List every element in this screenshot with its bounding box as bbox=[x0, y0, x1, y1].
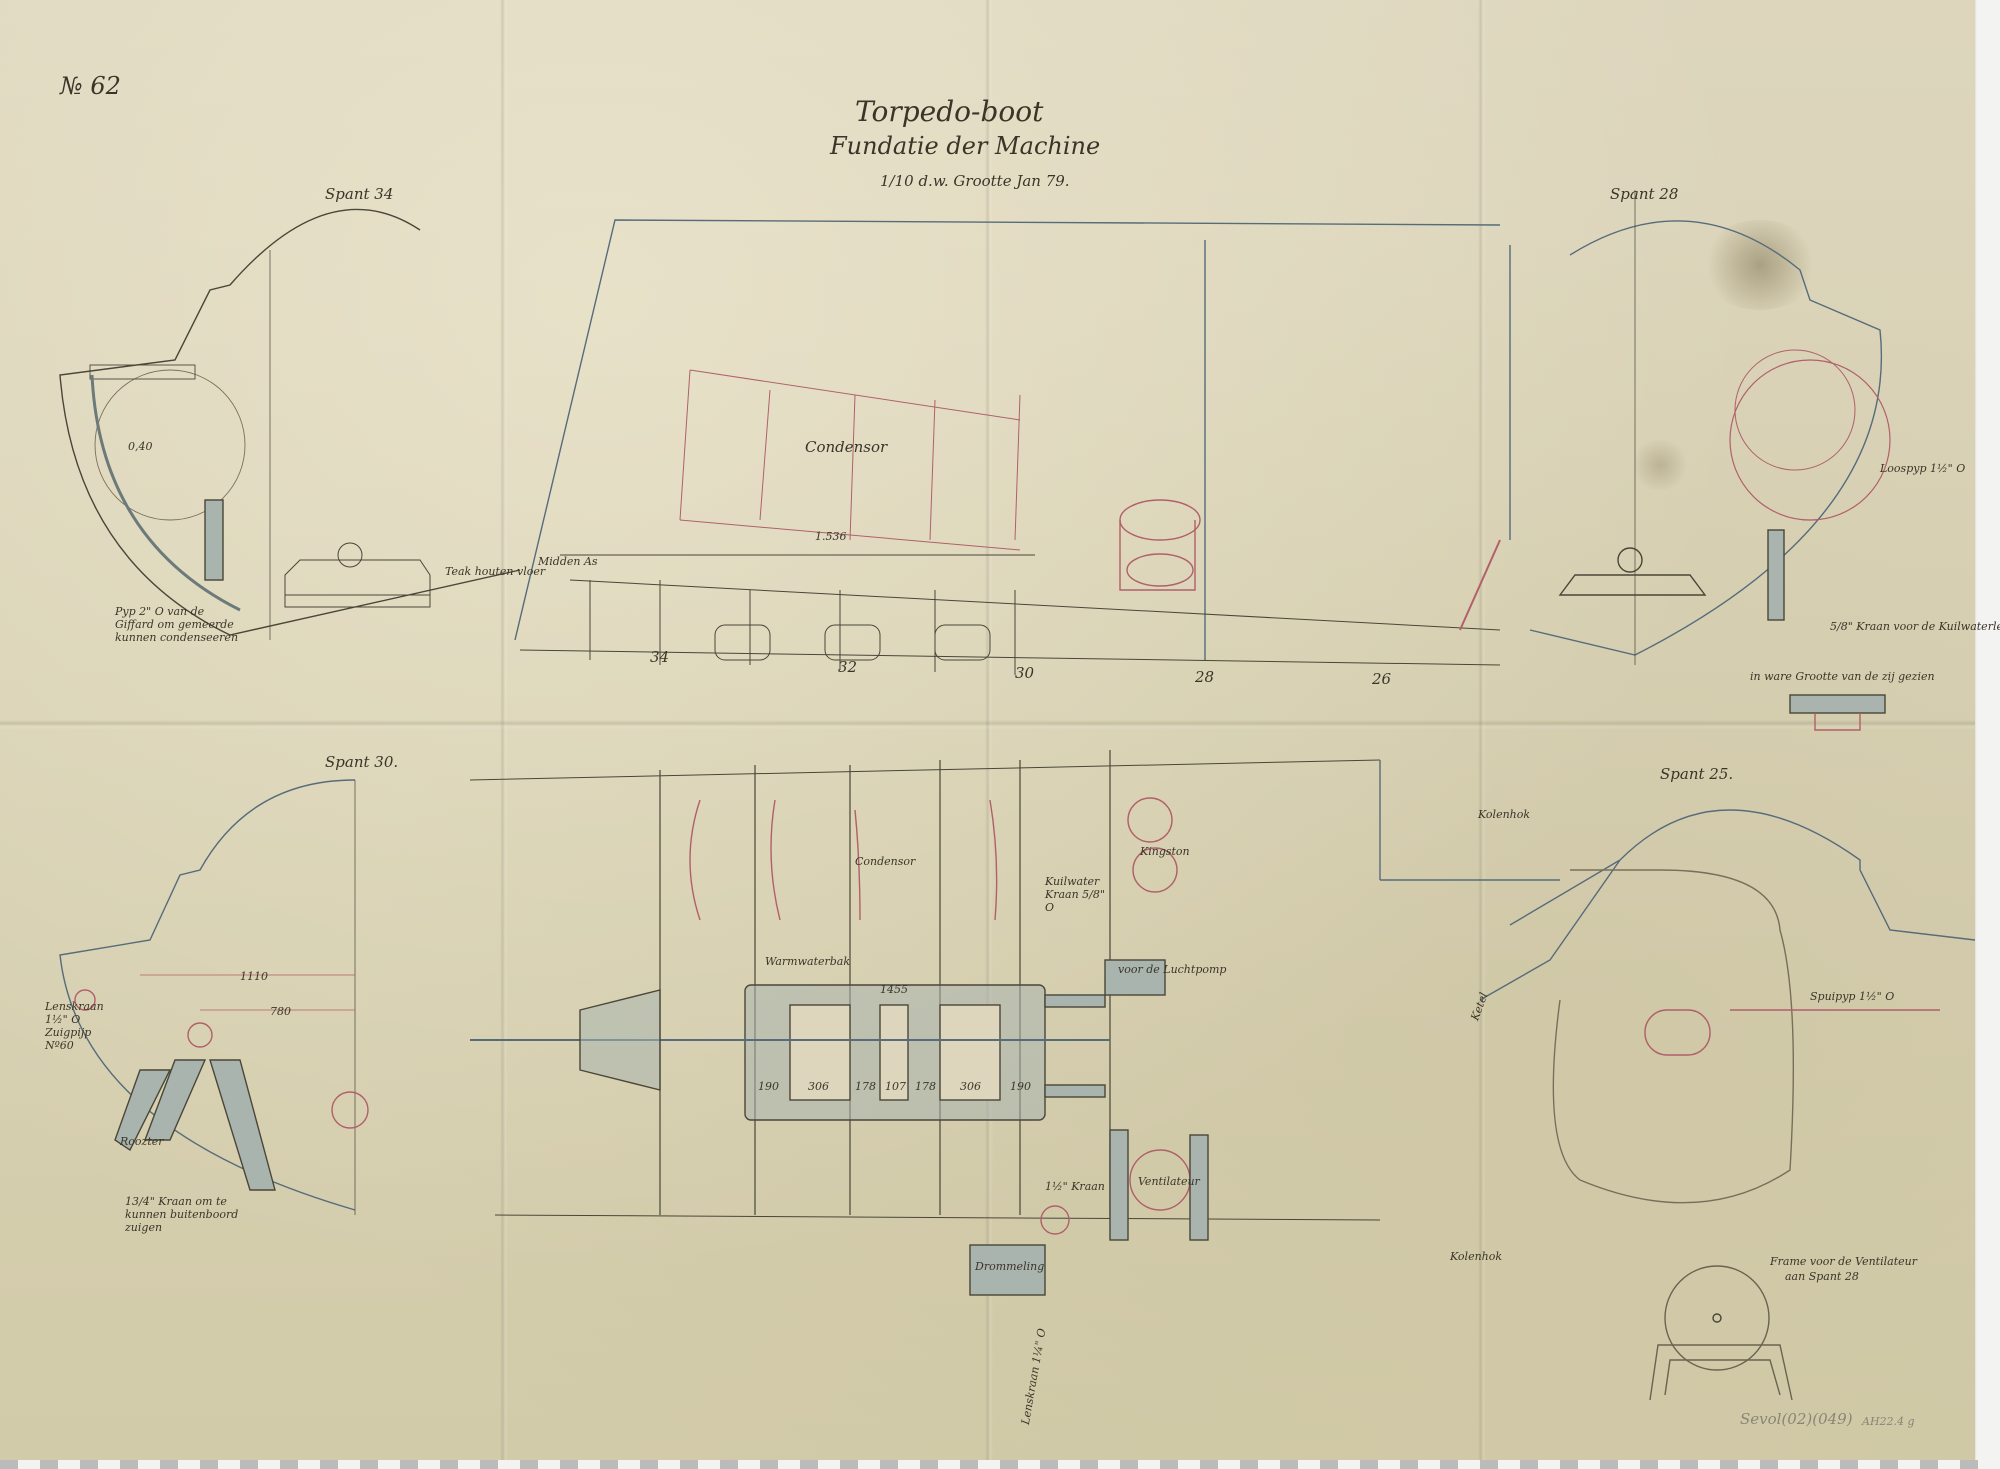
dim-780: 780 bbox=[270, 1005, 291, 1018]
note-pyp-giffard: Pyp 2" O van de Giffard om gemeerde kunn… bbox=[115, 605, 245, 644]
dim-1536: 1.536 bbox=[815, 530, 847, 543]
dim-107: 107 bbox=[885, 1080, 906, 1093]
dim-190: 190 bbox=[1010, 1080, 1031, 1093]
label-condensor: Condensor bbox=[805, 438, 887, 456]
label-kolenhok: Kolenhok bbox=[1478, 808, 1530, 821]
label-spant-25: Spant 25. bbox=[1660, 765, 1733, 783]
note-frame-ventilateur: Frame voor de Ventilateur bbox=[1770, 1255, 1917, 1268]
label-kuilwater-kraan: Kuilwater Kraan 5/8" O bbox=[1045, 875, 1115, 914]
archive-mark-1: Sevol(02)(049) bbox=[1740, 1410, 1853, 1428]
drawing-subtitle: Fundatie der Machine bbox=[830, 132, 1100, 160]
note-roozter: Roozter bbox=[120, 1135, 164, 1148]
label-warmwaterbak: Warmwaterbak bbox=[765, 955, 850, 968]
scale-note: 1/10 d.w. Grootte Jan 79. bbox=[880, 172, 1070, 190]
note-kraan-kuilwater: 5/8" Kraan voor de Kuilwaterleiding h bbox=[1830, 620, 2000, 633]
note-spuipyp: Spuipyp 1½" O bbox=[1810, 990, 1894, 1003]
dim-178: 178 bbox=[855, 1080, 876, 1093]
drawing-sheet: № 62 Torpedo-boot Fundatie der Machine 1… bbox=[0, 0, 1975, 1460]
drawing-title: Torpedo-boot bbox=[855, 95, 1043, 128]
scan-edge bbox=[0, 1460, 2000, 1469]
dim-178: 178 bbox=[915, 1080, 936, 1093]
label-kolenhok-2: Kolenhok bbox=[1450, 1250, 1502, 1263]
label-kingston: Kingston bbox=[1140, 845, 1190, 858]
frame-26: 26 bbox=[1372, 670, 1391, 688]
note-aan-spant-28: aan Spant 28 bbox=[1785, 1270, 1859, 1283]
dim-190: 190 bbox=[758, 1080, 779, 1093]
note-teak-vloer: Teak houten vloer bbox=[445, 565, 545, 578]
dim-1455: 1455 bbox=[880, 983, 908, 996]
label-ventilateur: Ventilateur bbox=[1138, 1175, 1200, 1188]
label-spant-30: Spant 30. bbox=[325, 753, 398, 771]
dim-306: 306 bbox=[808, 1080, 829, 1093]
frame-32: 32 bbox=[838, 658, 857, 676]
dim-label: 0,40 bbox=[128, 440, 153, 453]
technical-drawing bbox=[0, 0, 1975, 1460]
label-condensor-plan: Condensor bbox=[855, 855, 915, 868]
label-midden-as: Midden As bbox=[538, 555, 598, 568]
label-spant-28: Spant 28 bbox=[1610, 185, 1678, 203]
label-spant-34: Spant 34 bbox=[325, 185, 393, 203]
frame-28: 28 bbox=[1195, 668, 1214, 686]
note-ware-grootte: in ware Grootte van de zij gezien bbox=[1750, 670, 1935, 683]
label-drommeling: Drommeling bbox=[975, 1260, 1044, 1273]
note-lenskraan: Lenskraan 1½" O Zuigpijp Nº60 bbox=[45, 1000, 105, 1052]
label-kraan: 1½" Kraan bbox=[1045, 1180, 1105, 1193]
frame-30: 30 bbox=[1015, 664, 1034, 682]
dim-1110: 1110 bbox=[240, 970, 268, 983]
note-loospyp: Loospyp 1½" O bbox=[1880, 462, 1965, 475]
note-kraan-buitenboord: 13/4" Kraan om te kunnen buitenboord zui… bbox=[125, 1195, 265, 1234]
sheet-number: № 62 bbox=[60, 72, 121, 100]
frame-34: 34 bbox=[650, 648, 669, 666]
dim-306: 306 bbox=[960, 1080, 981, 1093]
label-luchtpomp: voor de Luchtpomp bbox=[1118, 963, 1226, 976]
archive-mark-2: AH22.4 g bbox=[1862, 1415, 1915, 1428]
